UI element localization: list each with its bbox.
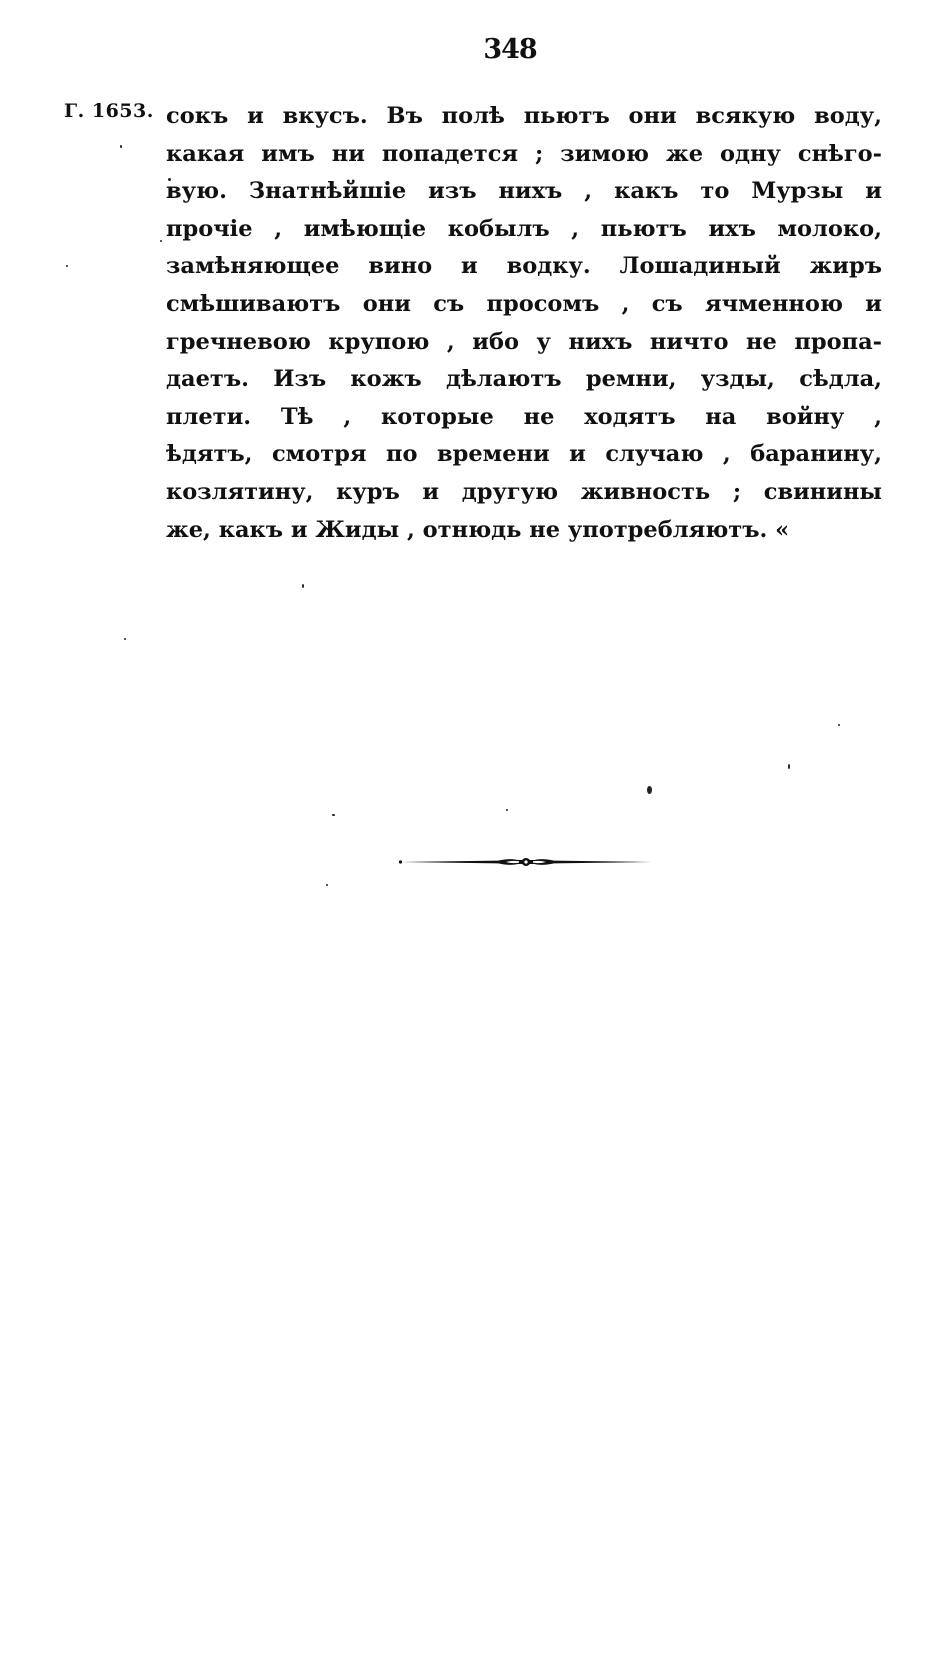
text-line: плети. Тѣ , которые не ходятъ на войну , [166, 399, 882, 437]
scan-speck [788, 764, 790, 769]
scan-speck [302, 584, 304, 588]
scan-speck [120, 145, 122, 148]
text-line: смѣшиваютъ они съ просомъ , съ ячменною … [166, 286, 882, 324]
text-line: какая имъ ни попадется ; зимою же одну с… [166, 136, 882, 174]
scan-speck [160, 240, 162, 242]
text-line: козлятину, куръ и другую живность ; свин… [166, 474, 882, 512]
scan-speck [332, 814, 335, 816]
margin-note-year: Г. 1653. [64, 100, 154, 122]
text-line: прочіе , имѣющіе кобылъ , пьютъ ихъ моло… [166, 211, 882, 249]
text-line: сокъ и вкусъ. Въ полѣ пьютъ они всякую в… [166, 98, 882, 136]
text-line: замѣняющее вино и водку. Лошадиный жиръ [166, 248, 882, 286]
body-text: сокъ и вкусъ. Въ полѣ пьютъ они всякую в… [166, 98, 882, 549]
text-line: ѣдятъ, смотря по времени и случаю , бара… [166, 436, 882, 474]
text-line: гречневою крупою , ибо у нихъ ничто не п… [166, 324, 882, 362]
scan-speck [647, 786, 652, 794]
scan-speck [124, 638, 126, 640]
text-line: даетъ. Изъ кожъ дѣлаютъ ремни, узды, сѣд… [166, 361, 882, 399]
scan-speck [326, 884, 328, 886]
text-line: же, какъ и Жиды , отнюдь не употребляютъ… [166, 512, 882, 550]
page-number: 348 [0, 34, 952, 65]
scan-speck [66, 265, 68, 267]
decorative-rule-ornament [398, 852, 654, 872]
text-line: вую. Знатнѣйшіе изъ нихъ , какъ то Мурзы… [166, 173, 882, 211]
scan-speck [506, 809, 508, 811]
scan-speck [838, 724, 840, 726]
scan-speck [168, 178, 171, 181]
